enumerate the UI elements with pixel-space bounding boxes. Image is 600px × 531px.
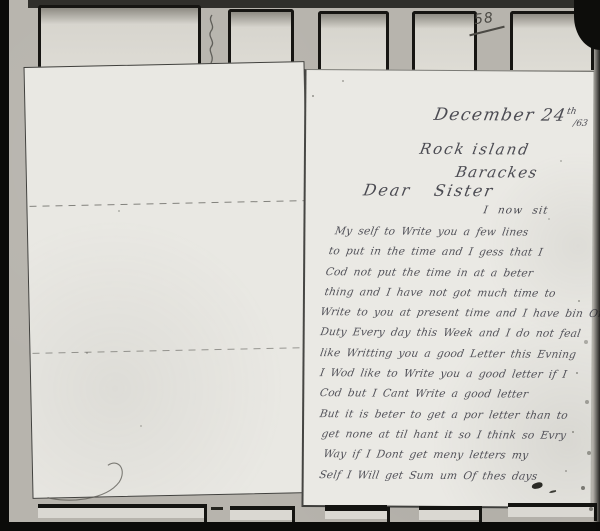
partial-page-bottom [508,503,594,517]
letter-body: My self to Write you a few linesto put i… [318,221,586,487]
partial-page-top [318,11,389,71]
partial-page-top [38,5,201,71]
letter-line: get none at til hant it so I think so Ev… [318,424,587,446]
letter-line: Self I Will get Sum um Of thes days [318,465,587,487]
letter-date-year: /63 [572,119,588,129]
film-edge-right [593,0,600,531]
letter-date: December 24th/63 [432,105,592,126]
fold-line [29,200,304,207]
letter-line: Way if I Dont get meny letters my [318,444,587,466]
fold-line [32,347,307,354]
letter-page: December 24th/63 Rock island Barackes De… [301,69,594,509]
letter-date-main: December 24 [432,105,568,126]
partial-page-bottom [325,505,387,519]
partial-page-top [412,11,477,71]
partial-page-bottom [38,504,204,518]
letter-line: like Writting you a good Letter this Evn… [318,343,587,365]
partial-page-bottom [230,506,292,520]
film-mark [211,507,223,510]
letter-line: to put in the time and I gess that I [319,241,588,263]
letter-line: I Wod like to Write you a good letter if… [318,363,587,385]
letter-place-line1: Rock island [418,140,531,159]
film-edge-bottom [0,522,600,531]
ink-blot [531,482,543,490]
microfilm-frame: 58 December 24th/63 Rock island Barackes… [0,0,600,531]
letter-salutation: Dear Sister [362,180,496,200]
letter-line: thing and I have not got much time to [319,282,588,304]
letter-line: Cod but I Cant Write a good letter [318,383,587,405]
letter-line: My self to Write you a few lines [319,221,588,243]
letter-date-ordinal: th [566,107,577,117]
partial-page-bottom [419,506,479,520]
letter-line: But it is beter to get a por letter than… [318,404,587,426]
letter-line: Cod not put the time in at a beter [319,262,588,284]
letter-place-line2: Barackes [454,163,539,182]
margin-scribble [203,13,221,67]
film-edge-left [0,0,9,531]
letter-line: Duty Every day this Week and I do not fe… [319,323,588,345]
letter-opening-phrase: I now sit [483,204,550,216]
blank-left-page [24,61,314,499]
letter-line: Write to you at present time and I have … [319,302,588,324]
